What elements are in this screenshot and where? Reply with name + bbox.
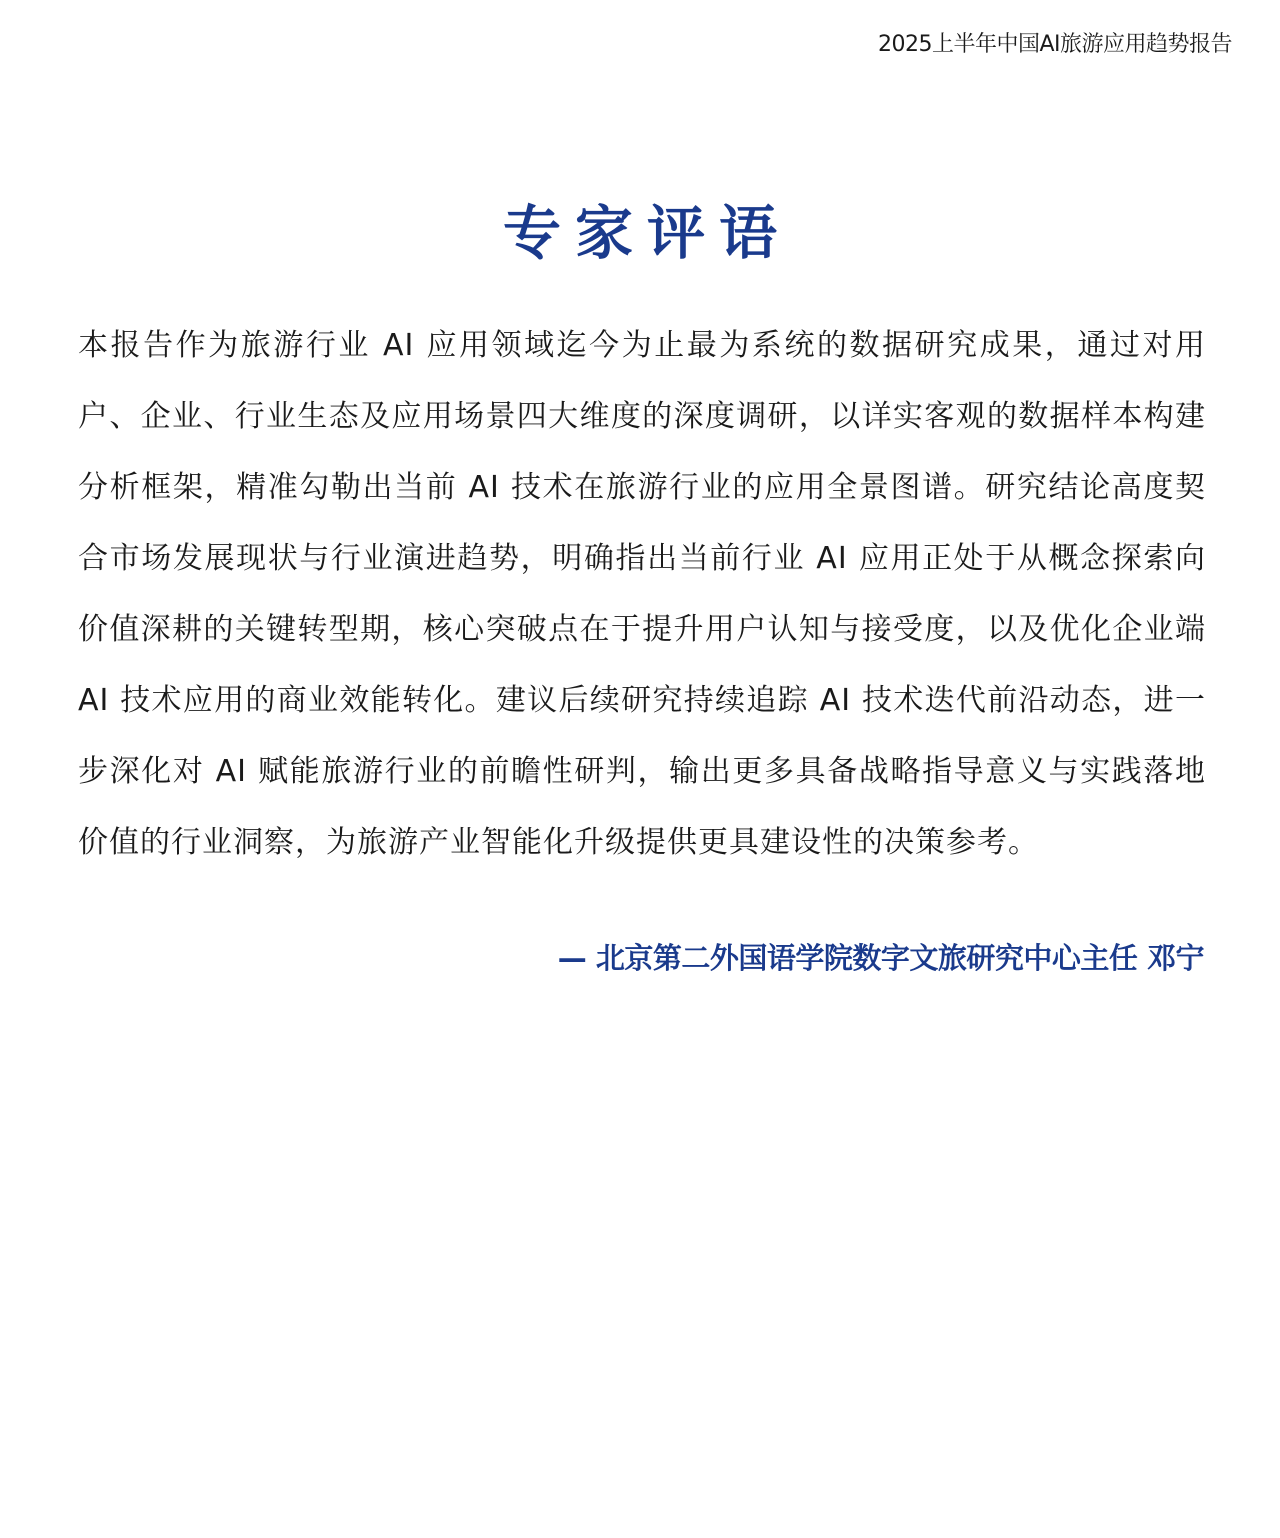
expert-comment-paragraph: 本报告作为旅游行业 AI 应用领域迄今为止最为系统的数据研究成果，通过对用户、企… [78,310,1206,878]
report-header-title: 2025上半年中国AI旅游应用趋势报告 [878,30,1232,60]
expert-attribution: — 北京第二外国语学院数字文旅研究中心主任 邓宁 [558,936,1204,980]
page-title: 专家评语 [0,197,1280,269]
